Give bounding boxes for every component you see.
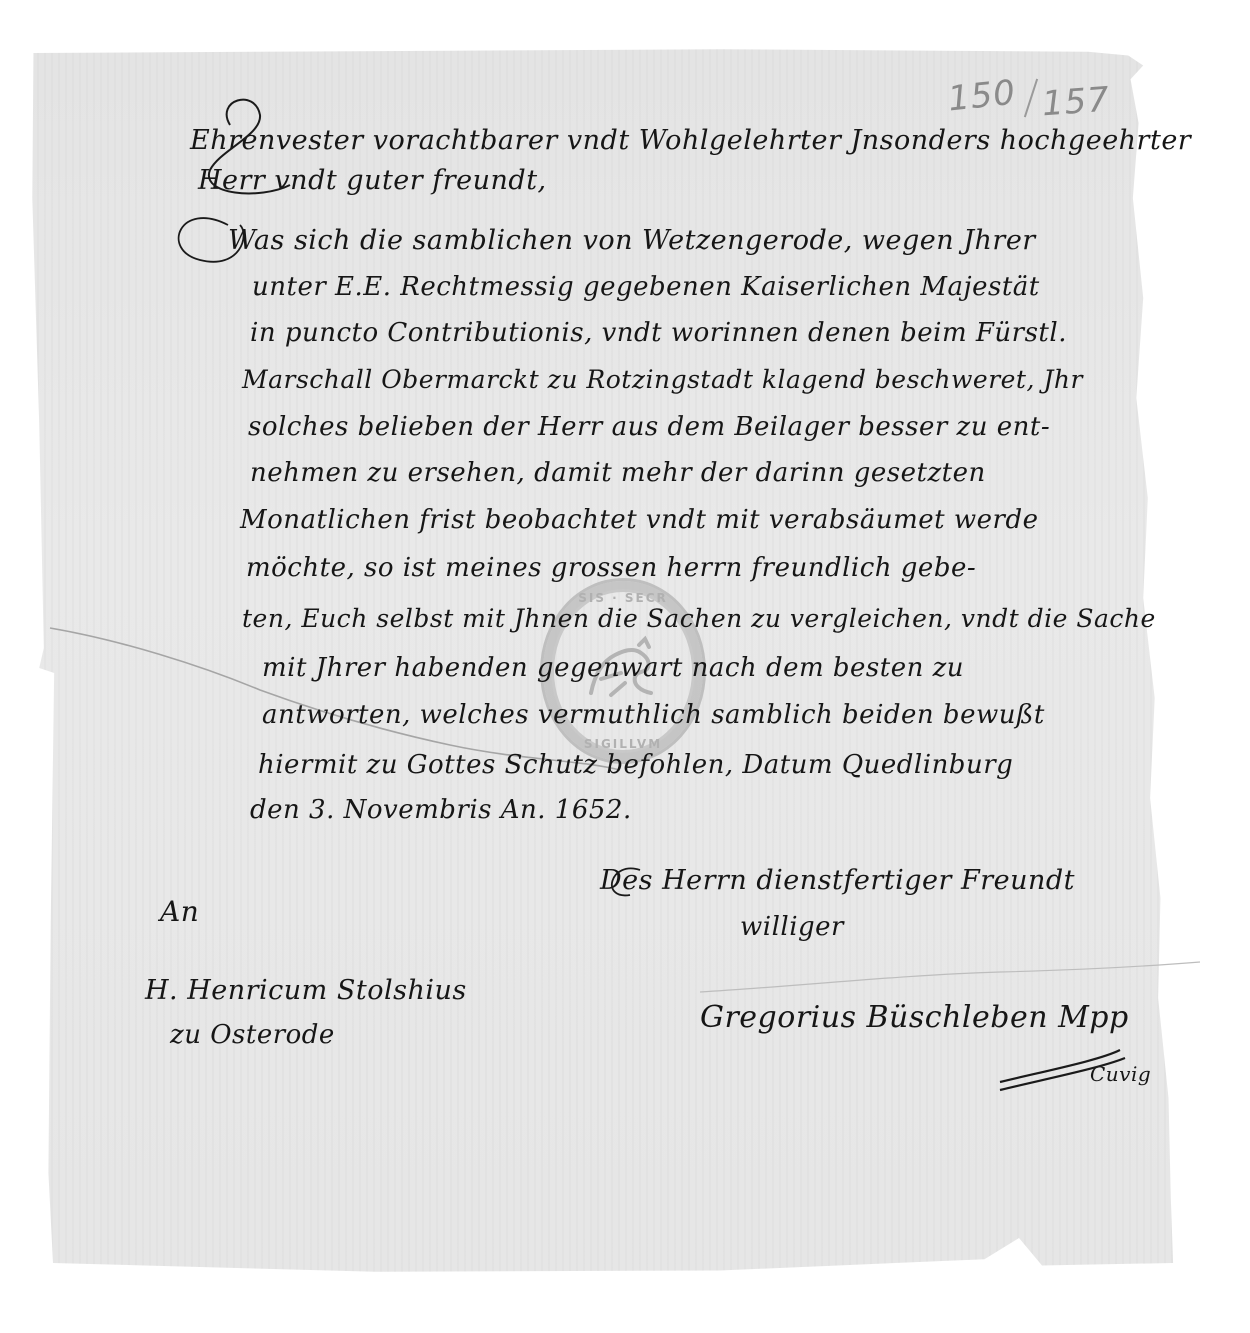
letter-line-7: solches belieben der Herr aus dem Beilag… bbox=[248, 412, 1050, 442]
closing-line: Des Herrn dienstfertiger Freundt bbox=[600, 865, 1075, 896]
letter-line-1: Ehrenvester vorachtbarer vndt Wohlgelehr… bbox=[190, 125, 1191, 156]
signature-name: Gregorius Büschleben Mpp bbox=[700, 1000, 1129, 1035]
letter-line-8: nehmen zu ersehen, damit mehr der darinn… bbox=[250, 458, 986, 488]
letter-line-4: unter E.E. Rechtmessig gegebenen Kaiserl… bbox=[252, 272, 1040, 302]
letter-line-9: Monatlichen frist beobachtet vndt mit ve… bbox=[240, 505, 1038, 535]
address-recipient: H. Henricum Stolshius bbox=[145, 975, 467, 1006]
letter-line-2: Herr vndt guter freundt, bbox=[198, 165, 547, 196]
signature-suffix: Cuvig bbox=[1090, 1062, 1151, 1086]
address-an: An bbox=[160, 895, 199, 928]
letter-line-14: hiermit zu Gottes Schutz befohlen, Datum… bbox=[258, 750, 1013, 780]
letter-line-5: in puncto Contributionis, vndt worinnen … bbox=[250, 318, 1067, 348]
letter-line-10: möchte, so ist meines grossen herrn freu… bbox=[246, 553, 976, 583]
stamp-top-text: SIS · SECR bbox=[543, 591, 703, 605]
letter-line-13: antworten, welches vermuthlich samblich … bbox=[262, 700, 1045, 730]
letter-line-3: Was sich die samblichen von Wetzengerode… bbox=[228, 225, 1036, 256]
folio-number-new: 157 bbox=[1041, 80, 1112, 125]
letter-line-11: ten, Euch selbst mit Jhnen die Sachen zu… bbox=[242, 604, 1156, 633]
letter-line-6: Marschall Obermarckt zu Rotzingstadt kla… bbox=[242, 365, 1083, 394]
closing-williger: williger bbox=[740, 912, 844, 942]
folio-number-old: 150 bbox=[946, 73, 1018, 120]
stamp-bottom-text: SIGILLVM bbox=[543, 737, 703, 751]
address-place: zu Osterode bbox=[170, 1020, 335, 1050]
letter-line-12: mit Jhrer habenden gegenwart nach dem be… bbox=[262, 653, 964, 683]
letter-date-line: den 3. Novembris An. 1652. bbox=[250, 795, 632, 825]
